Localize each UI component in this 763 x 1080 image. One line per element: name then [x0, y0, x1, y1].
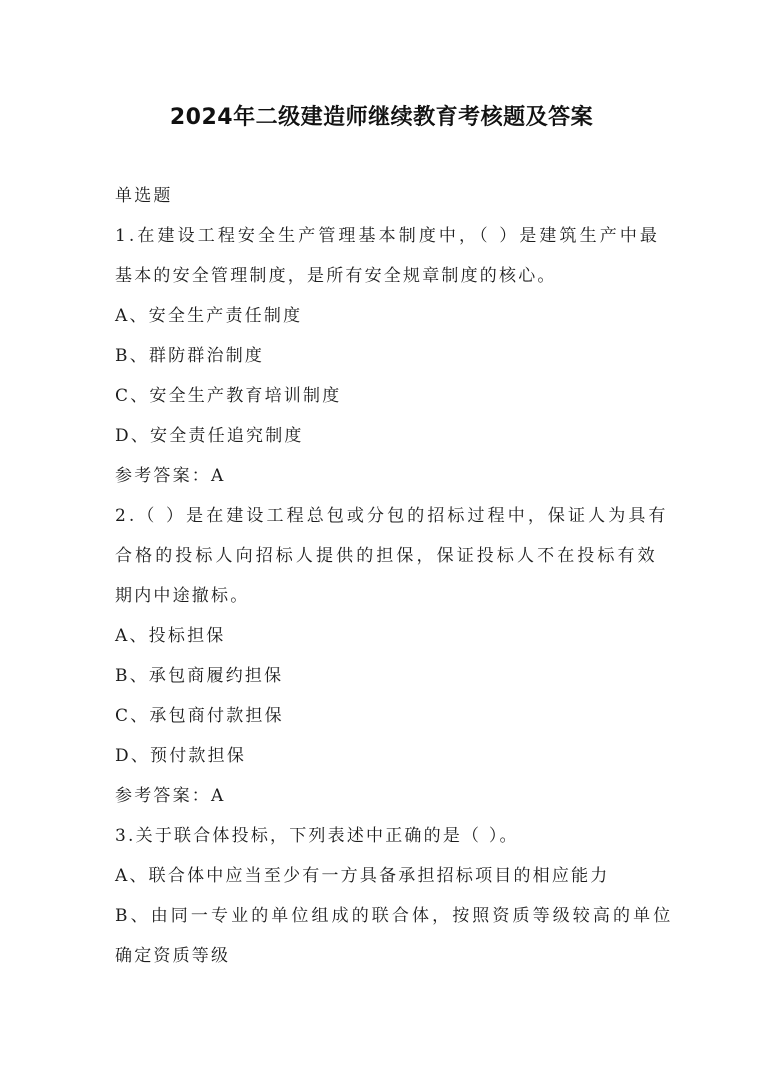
- question-3-stem-line-1: 3.关于联合体投标，下列表述中正确的是（ ）。: [115, 824, 660, 848]
- question-3-option-a: A、联合体中应当至少有一方具备承担招标项目的相应能力: [115, 864, 660, 888]
- question-2-option-b: B、承包商履约担保: [115, 664, 660, 688]
- question-1-answer: 参考答案：A: [115, 464, 660, 488]
- question-3-option-b-continued: 确定资质等级: [115, 944, 660, 968]
- question-2-answer: 参考答案：A: [115, 784, 660, 808]
- question-2-stem-line-2: 合格的投标人向招标人提供的担保，保证投标人不在投标有效: [115, 544, 660, 568]
- question-2-option-a: A、投标担保: [115, 624, 660, 648]
- section-heading: 单选题: [115, 184, 660, 208]
- question-1-option-a: A、安全生产责任制度: [115, 304, 660, 328]
- question-2-stem-line-3: 期内中途撤标。: [115, 584, 660, 608]
- question-1-stem-line-2: 基本的安全管理制度，是所有安全规章制度的核心。: [115, 264, 660, 288]
- question-1-option-d: D、安全责任追究制度: [115, 424, 660, 448]
- document-title: 2024年二级建造师继续教育考核题及答案: [0, 100, 763, 131]
- question-2-option-c: C、承包商付款担保: [115, 704, 660, 728]
- question-3-option-b: B、由同一专业的单位组成的联合体，按照资质等级较高的单位: [115, 904, 660, 928]
- question-2-option-d: D、预付款担保: [115, 744, 660, 768]
- question-1-option-b: B、群防群治制度: [115, 344, 660, 368]
- question-1-stem-line-1: 1.在建设工程安全生产管理基本制度中，（ ）是建筑生产中最: [115, 224, 660, 248]
- question-1-option-c: C、安全生产教育培训制度: [115, 384, 660, 408]
- question-2-stem-line-1: 2.（ ）是在建设工程总包或分包的招标过程中，保证人为具有: [115, 504, 660, 528]
- document-page: 2024年二级建造师继续教育考核题及答案 单选题 1.在建设工程安全生产管理基本…: [0, 0, 763, 1080]
